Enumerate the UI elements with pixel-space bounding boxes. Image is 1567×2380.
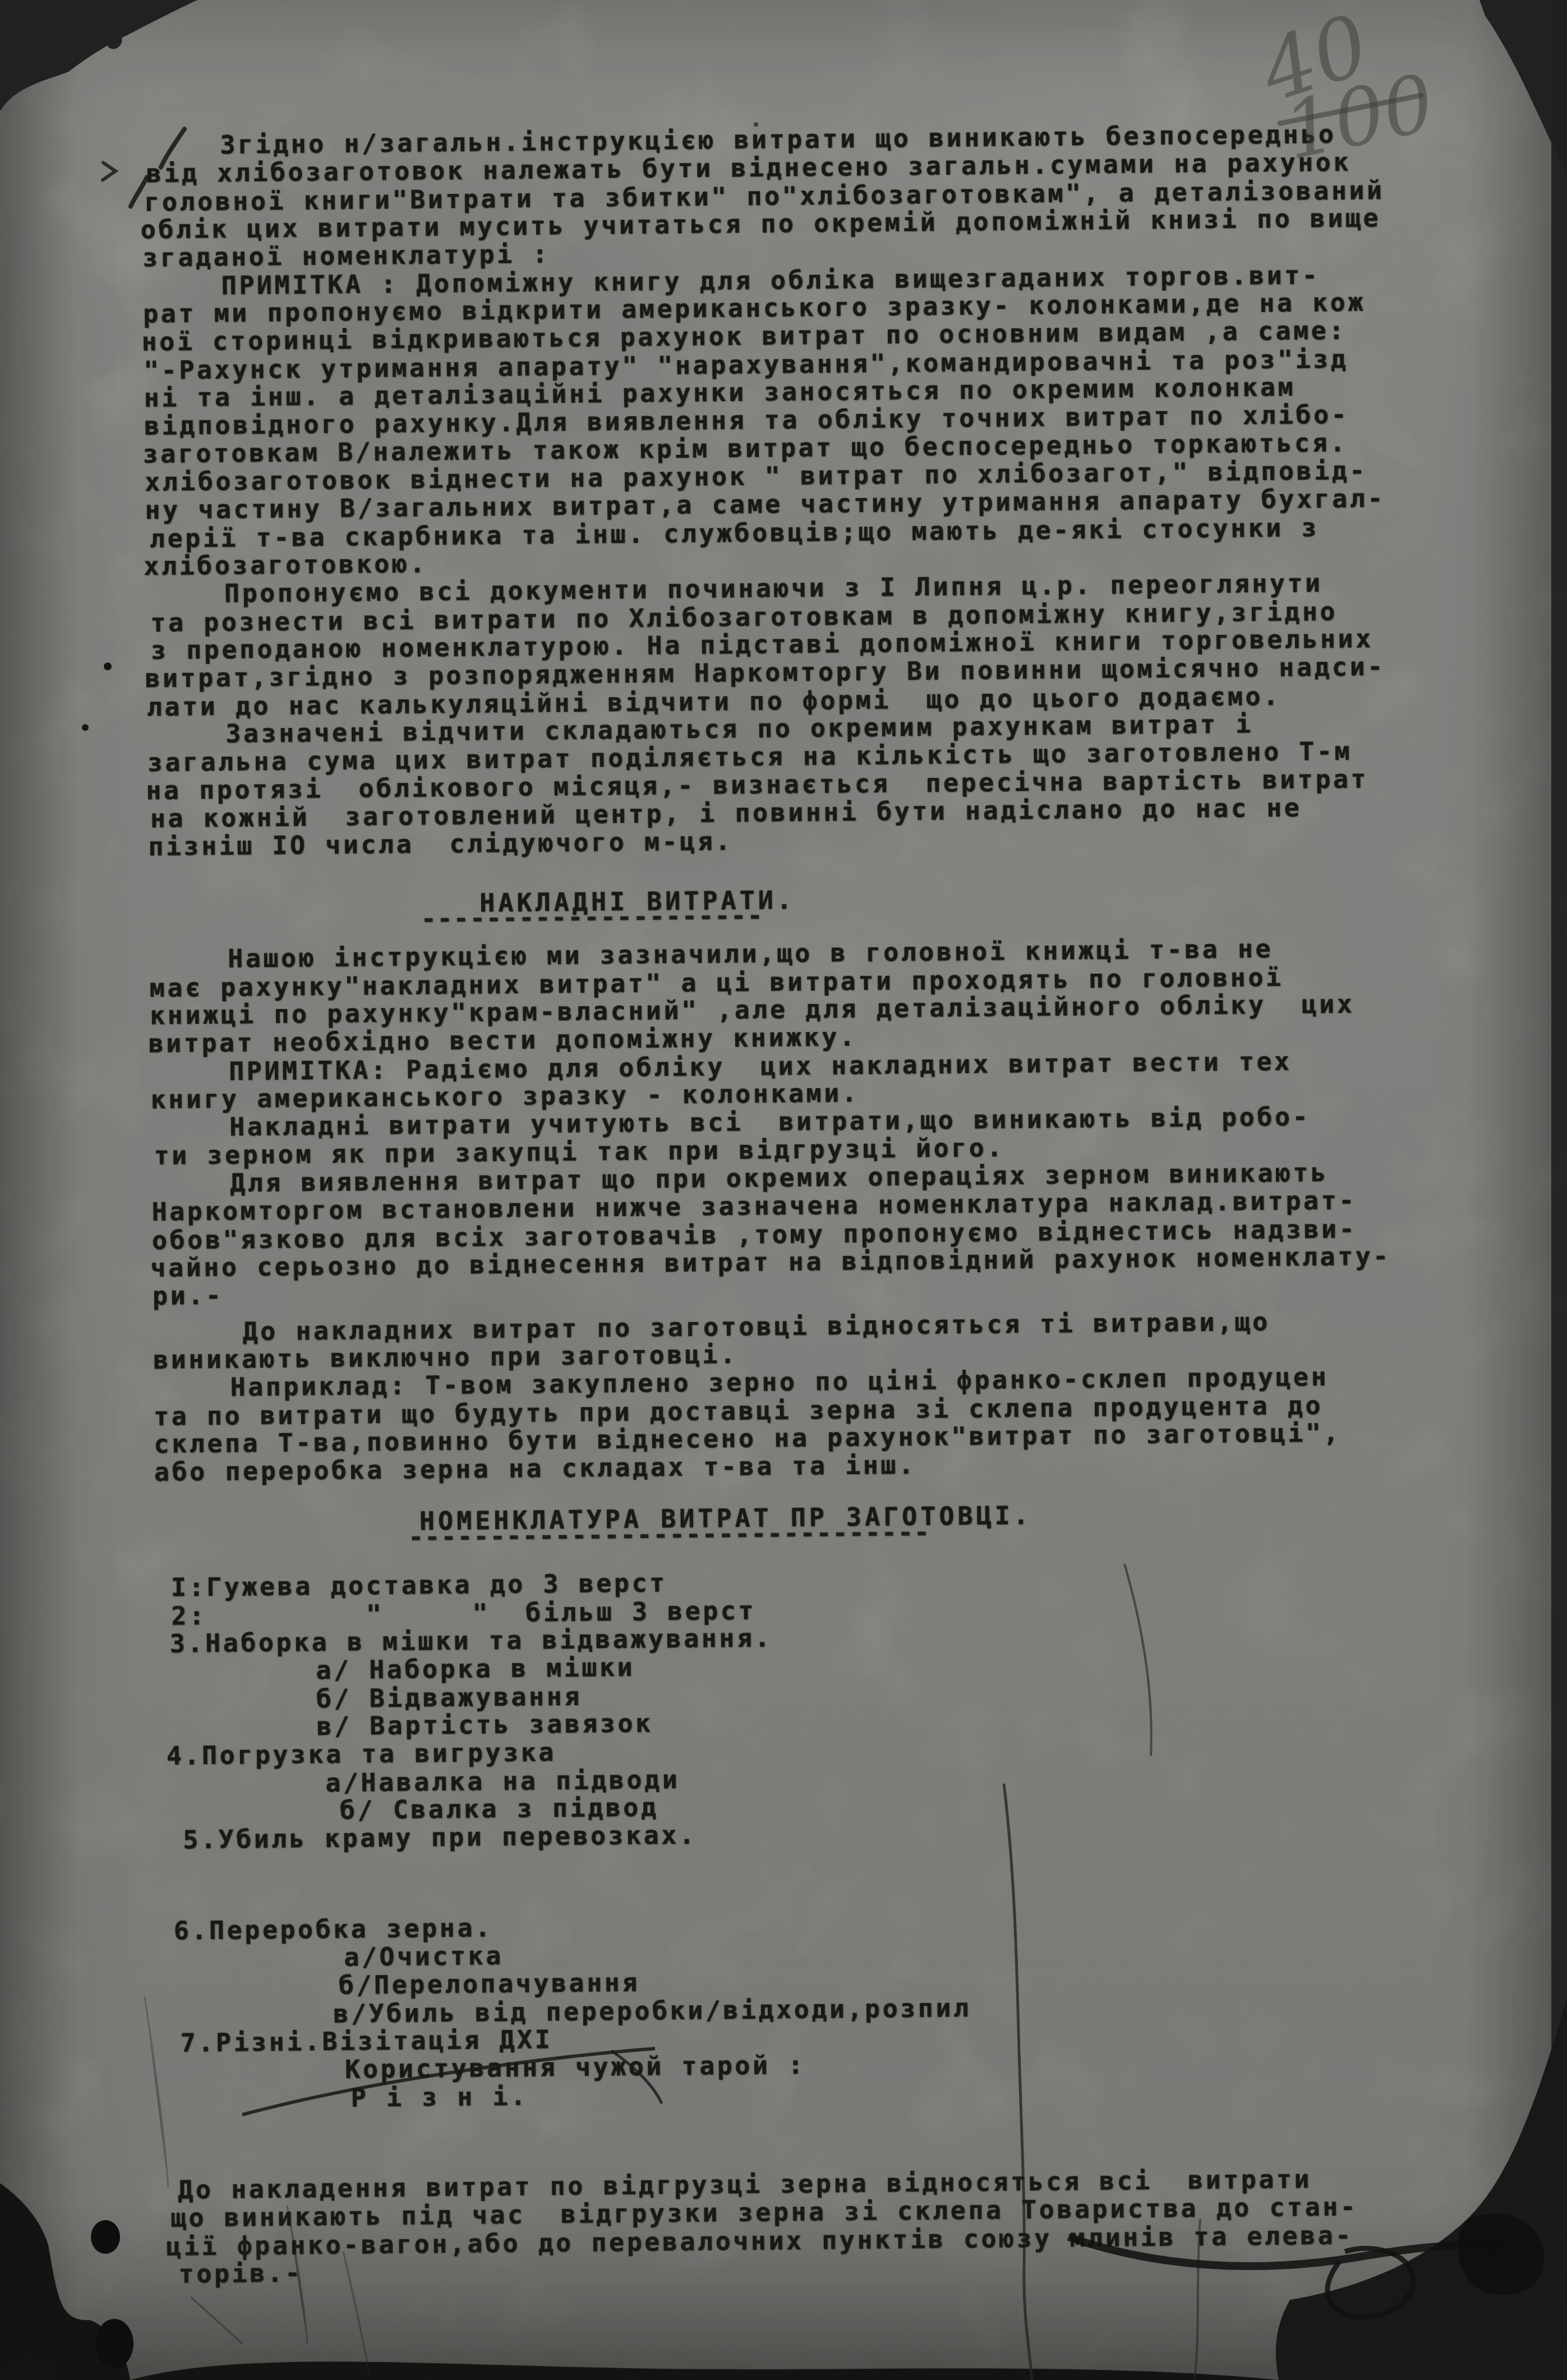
scanned-document-page: Згідно н/загальн.інструкцією витрати що … [0,0,1567,2380]
document-text-block: Згідно н/загальн.інструкцією витрати що … [141,119,1486,2288]
